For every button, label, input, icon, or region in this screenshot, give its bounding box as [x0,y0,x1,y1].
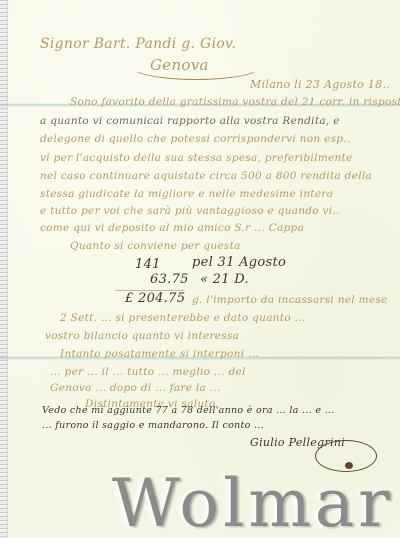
body-line: nel caso continuare aquistate circa 500 … [40,170,372,182]
body-line: ... per ... il ... tutto ... meglio ... … [50,366,246,378]
account-row-2-amount: 63.75 [150,272,189,287]
account-row-2-label: « 21 D. [200,272,249,287]
postscript-line: ... furono il saggio e mandarono. Il con… [42,420,264,431]
scale-ruler [0,0,8,538]
flourish [130,52,262,80]
body-line: Quanto si conviene per questa [70,240,241,252]
body-line: Intanto posatamente si interponi ... [60,348,259,360]
account-total: £ 204.75 [125,291,185,306]
body-line: Genova ... dopo di ... fare la ... [50,382,221,394]
account-row-1-amount: 141 [135,257,161,272]
body-line: come qui vi deposito al mio amico S.r ..… [40,222,304,234]
account-total-text: g. l'importo da incassarsi nel mese [192,294,388,306]
letter-page: Signor Bart. Pandi g. Giov. Genova Milan… [0,0,400,538]
account-row-1-label: pel 31 Agosto [192,255,286,270]
body-line: Sono favorito della gratissima vostra de… [70,96,400,108]
body-line: a quanto vi comunicai rapporto alla vost… [40,115,340,127]
body-line: delegone di quello che potessi corrispon… [40,133,351,145]
dateline: Milano li 23 Agosto 18.. [250,78,390,91]
addressee-line-1: Signor Bart. Pandi g. Giov. [40,36,236,52]
watermark: Wolmar [112,465,394,538]
body-line: 2 Sett. ... si presenterebbe e dato quan… [60,312,306,324]
body-line: vostro bilancio quanto vi interessa [45,330,239,342]
body-line: stessa giudicate la migliore e nelle med… [40,188,333,200]
body-line: vi per l'acquisto della sua stessa spesa… [40,152,353,164]
body-line: e tutto per voi che sarà più vantaggioso… [40,205,340,217]
postscript-line: Vedo che mi aggiunte 77 a 78 dell'anno è… [42,405,335,416]
